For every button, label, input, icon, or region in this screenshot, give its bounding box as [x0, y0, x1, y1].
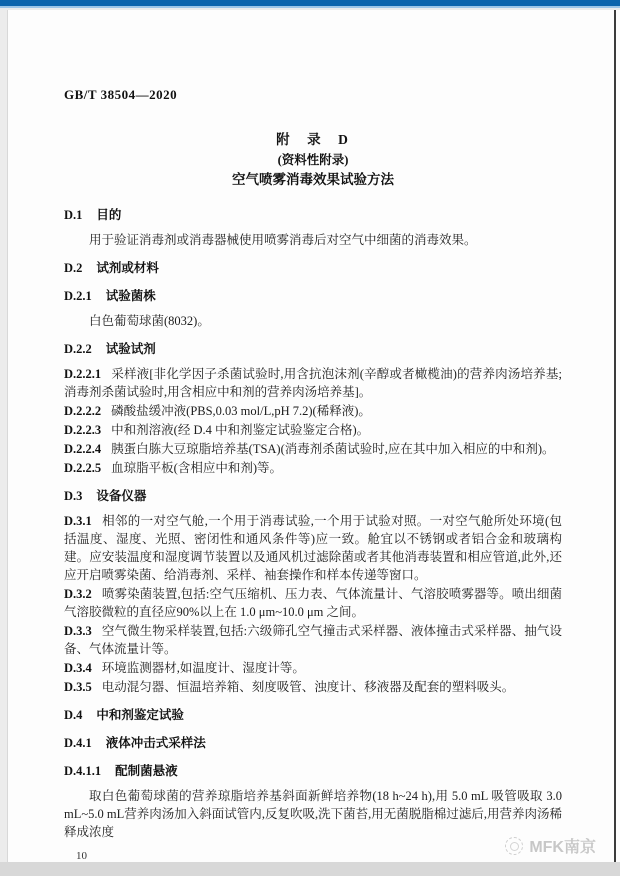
- section-title: 目的: [96, 208, 121, 222]
- section-heading-d1: D.1目的: [64, 206, 562, 224]
- clause-number: D.3.2: [64, 587, 92, 601]
- clause-text: 空气微生物采样装置,包括:六级筛孔空气撞击式采样器、液体撞击式采样器、抽气设备、…: [64, 624, 562, 656]
- section-title: 试剂或材料: [96, 261, 159, 275]
- watermark-logo-icon: [505, 837, 523, 855]
- clause-number: D.4.1: [64, 736, 92, 750]
- clause-d222: D.2.2.2磷酸盐缓冲液(PBS,0.03 mol/L,pH 7.2)(稀释液…: [64, 402, 562, 420]
- section-heading-d22: D.2.2试验试剂: [64, 340, 562, 358]
- document-page: GB/T 38504—2020 附 录 D (资料性附录) 空气喷雾消毒效果试验…: [7, 10, 620, 862]
- paragraph: 用于验证消毒剂或消毒器械使用喷雾消毒后对空气中细菌的消毒效果。: [64, 231, 562, 249]
- section-heading-d4: D.4中和剂鉴定试验: [64, 706, 562, 724]
- appendix-subtitle: (资料性附录): [64, 150, 562, 170]
- clause-d31: D.3.1相邻的一对空气舱,一个用于消毒试验,一个用于试验对照。一对空气舱所处环…: [64, 512, 562, 584]
- clause-d32: D.3.2喷雾染菌装置,包括:空气压缩机、压力表、气体流量计、气溶胶喷雾器等。喷…: [64, 585, 562, 621]
- section-title: 中和剂鉴定试验: [96, 708, 184, 722]
- section-title: 试验试剂: [106, 342, 156, 356]
- clause-text: 胰蛋白胨大豆琼脂培养基(TSA)(消毒剂杀菌试验时,应在其中加入相应的中和剂)。: [111, 442, 554, 456]
- page-number: 10: [76, 847, 562, 862]
- clause-number: D.1: [64, 208, 82, 222]
- paragraph: 取白色葡萄球菌的营养琼脂培养基斜面新鲜培养物(18 h~24 h),用 5.0 …: [64, 787, 562, 841]
- appendix-name: 空气喷雾消毒效果试验方法: [64, 170, 562, 190]
- clause-number: D.2.2.1: [64, 367, 101, 381]
- clause-text: 喷雾染菌装置,包括:空气压缩机、压力表、气体流量计、气溶胶喷雾器等。喷出细菌气溶…: [64, 587, 562, 619]
- clause-text: 中和剂溶液(经 D.4 中和剂鉴定试验鉴定合格)。: [111, 423, 369, 437]
- clause-text: 相邻的一对空气舱,一个用于消毒试验,一个用于试验对照。一对空气舱所处环境(包括温…: [64, 514, 562, 582]
- page-right-edge-line: [614, 10, 616, 862]
- clause-number: D.3.1: [64, 514, 92, 528]
- appendix-title-block: 附 录 D (资料性附录) 空气喷雾消毒效果试验方法: [64, 130, 562, 190]
- section-title: 配制菌悬液: [115, 764, 178, 778]
- appendix-title: 附 录 D: [64, 130, 562, 150]
- clause-number: D.4: [64, 708, 82, 722]
- scan-bottom-gray-strip: [0, 862, 620, 876]
- clause-number: D.4.1.1: [64, 764, 101, 778]
- clause-d34: D.3.4环境监测器材,如温度计、湿度计等。: [64, 659, 562, 677]
- clause-d221: D.2.2.1采样液[非化学因子杀菌试验时,用含抗泡沫剂(辛醇或者橄榄油)的营养…: [64, 365, 562, 401]
- standard-code: GB/T 38504—2020: [64, 86, 562, 104]
- clause-number: D.3: [64, 489, 82, 503]
- clause-text: 环境监测器材,如温度计、湿度计等。: [102, 661, 305, 675]
- paragraph: 白色葡萄球菌(8032)。: [64, 312, 562, 330]
- clause-text: 磷酸盐缓冲液(PBS,0.03 mol/L,pH 7.2)(稀释液)。: [111, 404, 371, 418]
- clause-d225: D.2.2.5血琼脂平板(含相应中和剂)等。: [64, 459, 562, 477]
- scan-top-blue-bar: [0, 0, 620, 8]
- clause-number: D.3.5: [64, 680, 92, 694]
- clause-text: 血琼脂平板(含相应中和剂)等。: [111, 461, 282, 475]
- section-heading-d21: D.2.1试验菌株: [64, 287, 562, 305]
- watermark: MFK南京: [505, 834, 596, 857]
- section-title: 试验菌株: [106, 289, 156, 303]
- section-heading-d41: D.4.1液体冲击式采样法: [64, 734, 562, 752]
- section-heading-d411: D.4.1.1配制菌悬液: [64, 762, 562, 780]
- clause-d35: D.3.5电动混匀器、恒温培养箱、刻度吸管、浊度计、移液器及配套的塑料吸头。: [64, 678, 562, 696]
- document-body: D.1目的 用于验证消毒剂或消毒器械使用喷雾消毒后对空气中细菌的消毒效果。 D.…: [64, 206, 562, 862]
- clause-d223: D.2.2.3中和剂溶液(经 D.4 中和剂鉴定试验鉴定合格)。: [64, 421, 562, 439]
- clause-d224: D.2.2.4胰蛋白胨大豆琼脂培养基(TSA)(消毒剂杀菌试验时,应在其中加入相…: [64, 440, 562, 458]
- watermark-text: MFK南京: [529, 834, 596, 857]
- clause-number: D.2.2.2: [64, 404, 101, 418]
- clause-number: D.2: [64, 261, 82, 275]
- section-title: 设备仪器: [96, 489, 146, 503]
- clause-text: 采样液[非化学因子杀菌试验时,用含抗泡沫剂(辛醇或者橄榄油)的营养肉汤培养基;消…: [64, 367, 562, 399]
- section-heading-d2: D.2试剂或材料: [64, 259, 562, 277]
- clause-number: D.2.1: [64, 289, 92, 303]
- clause-number: D.2.2.4: [64, 442, 101, 456]
- clause-number: D.3.3: [64, 624, 92, 638]
- section-heading-d3: D.3设备仪器: [64, 487, 562, 505]
- clause-number: D.2.2.5: [64, 461, 101, 475]
- clause-d33: D.3.3空气微生物采样装置,包括:六级筛孔空气撞击式采样器、液体撞击式采样器、…: [64, 622, 562, 658]
- clause-number: D.2.2.3: [64, 423, 101, 437]
- clause-number: D.2.2: [64, 342, 92, 356]
- page-content: GB/T 38504—2020 附 录 D (资料性附录) 空气喷雾消毒效果试验…: [8, 10, 620, 862]
- section-title: 液体冲击式采样法: [106, 736, 206, 750]
- clause-text: 电动混匀器、恒温培养箱、刻度吸管、浊度计、移液器及配套的塑料吸头。: [102, 680, 515, 694]
- clause-number: D.3.4: [64, 661, 92, 675]
